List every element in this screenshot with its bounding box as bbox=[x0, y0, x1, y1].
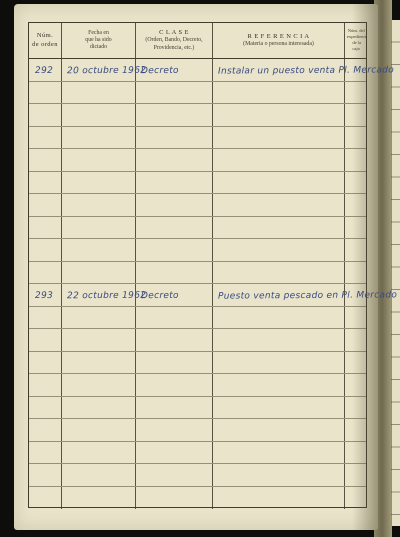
handwritten-class bbox=[136, 177, 141, 184]
cell-clase bbox=[136, 374, 213, 396]
header-text: dictado bbox=[90, 44, 107, 51]
cell-fecha bbox=[62, 419, 136, 441]
cell-expediente bbox=[345, 127, 368, 149]
cell-fecha bbox=[62, 397, 136, 419]
header-expediente: Núm. del expediente de la caja bbox=[345, 23, 368, 58]
table-body: 292 20 octubre 1962 Decreto Instalar un … bbox=[29, 59, 366, 509]
cell-expediente bbox=[345, 172, 368, 194]
cell-expediente bbox=[345, 239, 368, 261]
handwritten-date bbox=[62, 222, 67, 229]
handwritten-entry-number bbox=[29, 132, 35, 139]
cell-expediente bbox=[345, 149, 368, 171]
table-row bbox=[29, 464, 366, 487]
next-page-edge bbox=[391, 20, 400, 526]
cell-fecha bbox=[62, 464, 136, 486]
cell-expediente bbox=[345, 374, 368, 396]
handwritten-class bbox=[136, 245, 141, 252]
cell-num-orden bbox=[29, 442, 62, 464]
handwritten-entry-number bbox=[29, 245, 35, 252]
cell-fecha bbox=[62, 239, 136, 261]
header-text: Providencia, etc.) bbox=[154, 45, 195, 52]
header-text: caja bbox=[353, 47, 360, 53]
header-text: de la bbox=[352, 41, 361, 47]
scanned-ledger-background: Núm. de orden Fecha en que ha sido dicta… bbox=[0, 0, 400, 537]
cell-fecha bbox=[62, 442, 136, 464]
handwritten-date bbox=[62, 402, 67, 409]
handwritten-reference bbox=[213, 245, 218, 252]
cell-num-orden bbox=[29, 82, 62, 104]
handwritten-expediente bbox=[345, 470, 350, 477]
table-row bbox=[29, 397, 366, 420]
cell-expediente bbox=[345, 307, 368, 329]
handwritten-class bbox=[136, 380, 141, 387]
cell-clase bbox=[136, 307, 213, 329]
handwritten-reference bbox=[213, 177, 218, 184]
cell-referencia bbox=[213, 329, 345, 351]
cell-num-orden bbox=[29, 397, 62, 419]
cell-referencia bbox=[213, 374, 345, 396]
handwritten-expediente bbox=[345, 402, 350, 409]
cell-num-orden: 292 bbox=[29, 59, 62, 81]
cell-fecha bbox=[62, 149, 136, 171]
cell-fecha bbox=[62, 104, 136, 126]
table-row bbox=[29, 217, 366, 240]
handwritten-expediente bbox=[345, 380, 350, 387]
cell-num-orden bbox=[29, 464, 62, 486]
decree-register-table: Núm. de orden Fecha en que ha sido dicta… bbox=[28, 22, 367, 508]
header-text: R E F E R E N C I A bbox=[248, 33, 310, 41]
cell-expediente bbox=[345, 82, 368, 104]
cell-expediente bbox=[345, 217, 368, 239]
cell-clase bbox=[136, 464, 213, 486]
cell-num-orden: 293 bbox=[29, 284, 62, 306]
handwritten-entry-number bbox=[29, 470, 35, 477]
header-text: Núm. bbox=[37, 32, 53, 40]
handwritten-date bbox=[62, 155, 67, 162]
handwritten-class: Decreto bbox=[136, 284, 179, 301]
header-text: de orden bbox=[32, 41, 58, 49]
cell-num-orden bbox=[29, 262, 62, 284]
cell-referencia bbox=[213, 262, 345, 284]
handwritten-expediente bbox=[345, 132, 350, 139]
header-text: Fecha en bbox=[88, 30, 109, 37]
cell-num-orden bbox=[29, 239, 62, 261]
handwritten-date bbox=[62, 447, 67, 454]
handwritten-expediente bbox=[345, 447, 350, 454]
cell-referencia bbox=[213, 307, 345, 329]
handwritten-entry-number bbox=[29, 357, 35, 364]
handwritten-expediente bbox=[345, 267, 350, 274]
table-row: 293 22 octubre 1962 Decreto Puesto venta… bbox=[29, 284, 366, 307]
handwritten-expediente bbox=[345, 335, 350, 342]
table-row bbox=[29, 127, 366, 150]
cell-fecha: 20 octubre 1962 bbox=[62, 59, 136, 81]
handwritten-reference bbox=[213, 447, 218, 454]
handwritten-reference bbox=[213, 132, 218, 139]
cell-fecha bbox=[62, 172, 136, 194]
handwritten-expediente bbox=[345, 492, 350, 499]
table-row bbox=[29, 82, 366, 105]
cell-fecha bbox=[62, 307, 136, 329]
handwritten-class bbox=[136, 200, 141, 207]
cell-num-orden bbox=[29, 194, 62, 216]
handwritten-class bbox=[136, 267, 141, 274]
handwritten-class bbox=[136, 155, 141, 162]
handwritten-entry-number: 293 bbox=[29, 284, 53, 301]
handwritten-reference bbox=[213, 470, 218, 477]
handwritten-reference bbox=[213, 380, 218, 387]
handwritten-reference bbox=[213, 155, 218, 162]
handwritten-date bbox=[62, 312, 67, 319]
handwritten-entry-number bbox=[29, 267, 35, 274]
table-row bbox=[29, 262, 366, 285]
cell-referencia: Instalar un puesto venta Pl. Mercado bbox=[213, 59, 345, 81]
cell-clase bbox=[136, 352, 213, 374]
cell-num-orden bbox=[29, 127, 62, 149]
cell-referencia bbox=[213, 194, 345, 216]
table-row bbox=[29, 374, 366, 397]
handwritten-entry-number bbox=[29, 380, 35, 387]
cell-expediente bbox=[345, 262, 368, 284]
cell-referencia bbox=[213, 149, 345, 171]
handwritten-entry-number bbox=[29, 402, 35, 409]
handwritten-expediente bbox=[345, 425, 350, 432]
handwritten-class bbox=[136, 87, 141, 94]
handwritten-date bbox=[62, 132, 67, 139]
handwritten-date: 22 octubre 1962 bbox=[62, 284, 146, 302]
cell-num-orden bbox=[29, 487, 62, 510]
cell-expediente bbox=[345, 104, 368, 126]
handwritten-date bbox=[62, 245, 67, 252]
handwritten-date bbox=[62, 177, 67, 184]
cell-num-orden bbox=[29, 419, 62, 441]
cell-num-orden bbox=[29, 374, 62, 396]
cell-clase bbox=[136, 127, 213, 149]
cell-fecha bbox=[62, 487, 136, 510]
handwritten-date: 20 octubre 1962 bbox=[62, 59, 146, 77]
handwritten-class bbox=[136, 492, 141, 499]
cell-referencia bbox=[213, 352, 345, 374]
handwritten-reference: Instalar un puesto venta Pl. Mercado bbox=[213, 58, 394, 76]
handwritten-entry-number bbox=[29, 492, 35, 499]
cell-referencia bbox=[213, 419, 345, 441]
cell-fecha bbox=[62, 262, 136, 284]
cell-clase bbox=[136, 419, 213, 441]
cell-expediente bbox=[345, 397, 368, 419]
cell-clase bbox=[136, 487, 213, 510]
cell-expediente bbox=[345, 487, 368, 510]
cell-clase bbox=[136, 397, 213, 419]
cell-clase bbox=[136, 329, 213, 351]
handwritten-reference bbox=[213, 87, 218, 94]
cell-clase bbox=[136, 217, 213, 239]
cell-clase bbox=[136, 262, 213, 284]
table-header-row: Núm. de orden Fecha en que ha sido dicta… bbox=[29, 23, 366, 59]
handwritten-expediente bbox=[345, 65, 350, 72]
handwritten-reference bbox=[213, 357, 218, 364]
table-row: 292 20 octubre 1962 Decreto Instalar un … bbox=[29, 59, 366, 82]
cell-fecha bbox=[62, 352, 136, 374]
handwritten-date bbox=[62, 470, 67, 477]
handwritten-entry-number: 292 bbox=[29, 59, 53, 76]
header-clase: C L A S E (Orden, Bando, Decreto, Provid… bbox=[136, 23, 213, 58]
handwritten-date bbox=[62, 87, 67, 94]
handwritten-entry-number bbox=[29, 335, 35, 342]
cell-fecha bbox=[62, 374, 136, 396]
cell-clase bbox=[136, 149, 213, 171]
handwritten-entry-number bbox=[29, 177, 35, 184]
cell-num-orden bbox=[29, 149, 62, 171]
handwritten-entry-number bbox=[29, 87, 35, 94]
handwritten-entry-number bbox=[29, 110, 35, 117]
handwritten-class bbox=[136, 335, 141, 342]
table-row bbox=[29, 172, 366, 195]
cell-fecha bbox=[62, 127, 136, 149]
header-text: (Materia o persona interesada) bbox=[243, 41, 314, 48]
table-row bbox=[29, 352, 366, 375]
handwritten-class bbox=[136, 222, 141, 229]
handwritten-class bbox=[136, 470, 141, 477]
handwritten-class bbox=[136, 447, 141, 454]
cell-clase bbox=[136, 82, 213, 104]
handwritten-expediente bbox=[345, 245, 350, 252]
handwritten-expediente bbox=[345, 110, 350, 117]
handwritten-date bbox=[62, 110, 67, 117]
cell-referencia: Puesto venta pescado en Pl. Mercado bbox=[213, 284, 345, 306]
handwritten-class: Decreto bbox=[136, 59, 179, 76]
handwritten-reference bbox=[213, 110, 218, 117]
handwritten-expediente bbox=[345, 312, 350, 319]
cell-num-orden bbox=[29, 329, 62, 351]
handwritten-date bbox=[62, 200, 67, 207]
cell-fecha bbox=[62, 194, 136, 216]
table-row bbox=[29, 329, 366, 352]
cell-expediente bbox=[345, 442, 368, 464]
cell-referencia bbox=[213, 397, 345, 419]
handwritten-reference bbox=[213, 222, 218, 229]
cell-clase bbox=[136, 172, 213, 194]
cell-num-orden bbox=[29, 307, 62, 329]
cell-referencia bbox=[213, 127, 345, 149]
handwritten-date bbox=[62, 357, 67, 364]
handwritten-reference bbox=[213, 492, 218, 499]
cell-expediente bbox=[345, 194, 368, 216]
table-row bbox=[29, 239, 366, 262]
header-text: que ha sido bbox=[85, 37, 111, 44]
table-row bbox=[29, 419, 366, 442]
table-row bbox=[29, 149, 366, 172]
cell-referencia bbox=[213, 442, 345, 464]
handwritten-class bbox=[136, 110, 141, 117]
table-row bbox=[29, 307, 366, 330]
handwritten-date bbox=[62, 380, 67, 387]
handwritten-date bbox=[62, 492, 67, 499]
header-text: Núm. del bbox=[348, 29, 365, 35]
handwritten-expediente bbox=[345, 200, 350, 207]
handwritten-date bbox=[62, 335, 67, 342]
handwritten-expediente bbox=[345, 357, 350, 364]
handwritten-class bbox=[136, 312, 141, 319]
handwritten-entry-number bbox=[29, 425, 35, 432]
handwritten-reference bbox=[213, 402, 218, 409]
handwritten-reference bbox=[213, 425, 218, 432]
handwritten-class bbox=[136, 425, 141, 432]
table-row bbox=[29, 194, 366, 217]
cell-expediente bbox=[345, 464, 368, 486]
cell-fecha: 22 octubre 1962 bbox=[62, 284, 136, 306]
handwritten-reference bbox=[213, 267, 218, 274]
cell-referencia bbox=[213, 82, 345, 104]
cell-referencia bbox=[213, 172, 345, 194]
cell-expediente bbox=[345, 329, 368, 351]
table-row bbox=[29, 104, 366, 127]
header-num-orden: Núm. de orden bbox=[29, 23, 62, 58]
cell-num-orden bbox=[29, 172, 62, 194]
handwritten-reference bbox=[213, 200, 218, 207]
cell-referencia bbox=[213, 217, 345, 239]
header-fecha: Fecha en que ha sido dictado bbox=[62, 23, 136, 58]
handwritten-class bbox=[136, 357, 141, 364]
handwritten-date bbox=[62, 425, 67, 432]
cell-num-orden bbox=[29, 352, 62, 374]
cell-clase bbox=[136, 194, 213, 216]
cell-referencia bbox=[213, 487, 345, 510]
handwritten-entry-number bbox=[29, 155, 35, 162]
cell-clase: Decreto bbox=[136, 284, 213, 306]
handwritten-expediente bbox=[345, 290, 350, 297]
handwritten-date bbox=[62, 267, 67, 274]
handwritten-entry-number bbox=[29, 222, 35, 229]
cell-clase bbox=[136, 239, 213, 261]
cell-fecha bbox=[62, 217, 136, 239]
cell-referencia bbox=[213, 464, 345, 486]
handwritten-reference: Puesto venta pescado en Pl. Mercado bbox=[213, 283, 397, 301]
header-text: expediente bbox=[347, 35, 367, 41]
cell-fecha bbox=[62, 82, 136, 104]
handwritten-expediente bbox=[345, 222, 350, 229]
handwritten-expediente bbox=[345, 177, 350, 184]
cell-fecha bbox=[62, 329, 136, 351]
handwritten-expediente bbox=[345, 155, 350, 162]
cell-expediente bbox=[345, 419, 368, 441]
cell-clase bbox=[136, 442, 213, 464]
cell-referencia bbox=[213, 239, 345, 261]
table-row bbox=[29, 442, 366, 465]
table-row bbox=[29, 487, 366, 510]
cell-clase bbox=[136, 104, 213, 126]
handwritten-entry-number bbox=[29, 312, 35, 319]
header-text: (Orden, Bando, Decreto, bbox=[145, 37, 202, 44]
cell-clase: Decreto bbox=[136, 59, 213, 81]
handwritten-reference bbox=[213, 312, 218, 319]
cell-num-orden bbox=[29, 104, 62, 126]
handwritten-reference bbox=[213, 335, 218, 342]
cell-num-orden bbox=[29, 217, 62, 239]
cell-referencia bbox=[213, 104, 345, 126]
handwritten-entry-number bbox=[29, 200, 35, 207]
handwritten-class bbox=[136, 132, 141, 139]
handwritten-expediente bbox=[345, 87, 350, 94]
handwritten-entry-number bbox=[29, 447, 35, 454]
ledger-page: Núm. de orden Fecha en que ha sido dicta… bbox=[14, 4, 378, 530]
handwritten-class bbox=[136, 402, 141, 409]
header-referencia: R E F E R E N C I A (Materia o persona i… bbox=[213, 23, 345, 58]
cell-expediente bbox=[345, 352, 368, 374]
